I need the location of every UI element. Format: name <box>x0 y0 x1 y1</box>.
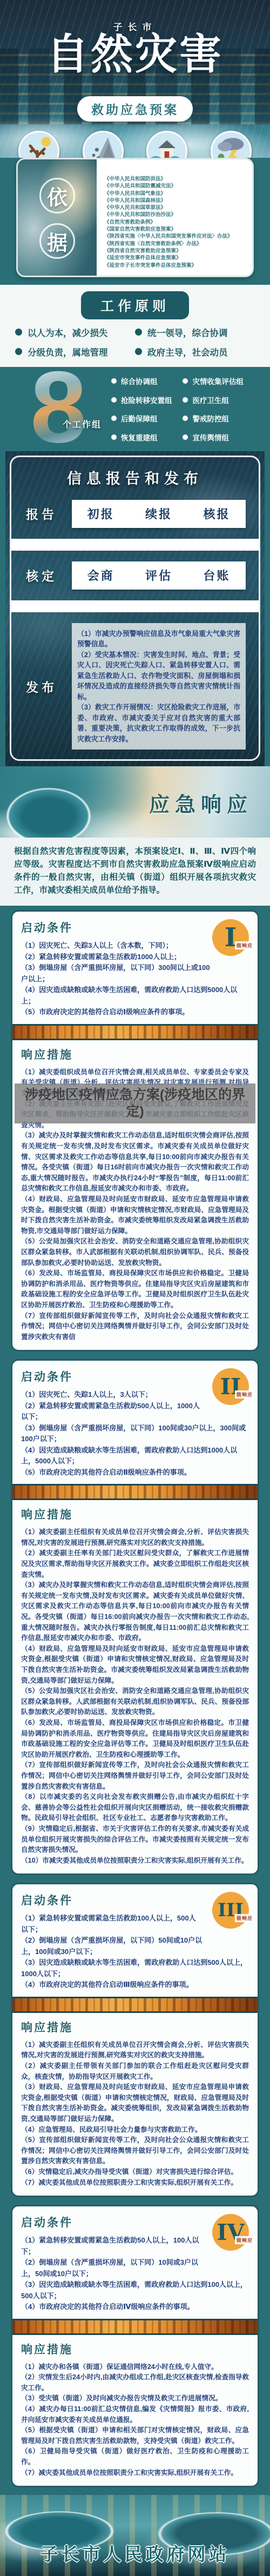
activation-condition: （3）因灾造成缺粮或缺水等生活困难，需政府救助人口达到500人以上，1000人以… <box>21 1957 249 1979</box>
seal-char-yi: 依 <box>39 178 75 213</box>
big-number-8: 8 <box>30 367 87 451</box>
response-measure: （7）宣传部组织做好新闻宣传等工作，及时向社会公众通报灾情和救灾工作情况；网信中… <box>21 1760 249 1792</box>
response-measure: （3）减灾办及时掌握灾情和救灾工作动态信息,适时组织灾情会商评估,按照有关规定统… <box>21 1580 249 1644</box>
basis-seal-illustration: 依 据 <box>18 159 97 276</box>
law-title: 《延安市突发事件总体应急预案》 <box>104 255 248 262</box>
poster-subtitle: 救助应急预案 <box>77 96 193 122</box>
working-groups-section: 8 个工作组 综合协调组灾情收集评估组抢险转移安置组医疗卫生组后勤保障组警戒防控… <box>0 367 270 451</box>
seal-char-ju: 据 <box>39 223 75 259</box>
level-badge: III 级响应 <box>212 1892 249 1929</box>
principle-item: 分级负责，属地管理 <box>15 345 135 358</box>
report-option: 核报 <box>203 505 230 522</box>
measures-list: （1）减灾委副主任组织有关成员单位召开灾情会商会,分析、评估灾害损失情况,对灾害… <box>21 2040 249 2188</box>
law-title: 《中华人民共和国防洪法》 <box>104 176 248 183</box>
poster-title: 自然灾害 <box>0 31 270 78</box>
response-measure: （7）减灾委其他成员单位按照职责分工和灾害实际,组织开展有关工作。 <box>21 2178 249 2189</box>
law-title: 《陕西省实施〈自然灾害救助条例〉办法》 <box>104 240 248 247</box>
response-measure: （8）以市减灾委的名义向社会发布救灾捐赠公告,由市减灾办组织红十字会、慈善协会等… <box>21 1792 249 1824</box>
level-badge-area: IV 级响应 <box>204 2213 249 2259</box>
release-label: 发布 <box>18 678 65 695</box>
law-title: 《自然灾害救助条例》 <box>104 219 248 226</box>
response-measure: （4）应急管理局、民政局引导社会力量参与灾害救助工作。 <box>21 2125 249 2136</box>
footer-banner: 子长市人民政府网站 <box>0 2495 270 2576</box>
activation-condition: （2）倒塌房屋（含严重损坏房屋，以下同）50间或10户以上，100间或30户以下… <box>21 1935 249 1957</box>
law-title: 《陕西省自然灾害救助应急预案》 <box>104 247 248 255</box>
release-paragraph: （3）救灾工作开展情况：灾区抢险救灾工作进展，市委、市政府、市减灾委关于应对自然… <box>77 702 240 744</box>
principle-item: 政府主导，社会动员 <box>135 345 255 358</box>
release-row: 发布 （1）市减灾办预警响应信息及市气象局重大气象灾害预警信息。（2）受灾基本情… <box>11 623 259 750</box>
activation-condition: （3）倒塌房屋（含严重损坏房屋，以下同）300间以上或100户以上； <box>21 962 249 985</box>
verify-option: 台账 <box>203 567 230 584</box>
working-group-item: 综合协调组 <box>111 376 180 386</box>
verify-option: 评估 <box>145 567 172 584</box>
release-paragraph: （2）受灾基本情况：灾害发生时间、地点、背景；受灾人口、因灾死亡失踪人口、紧急转… <box>77 650 240 702</box>
activation-condition: （3）因灾造成缺粮或缺水等生活困难，需政府救助人口达到100人以上，500人以下… <box>21 2279 249 2301</box>
working-group-item: 医疗卫生组 <box>183 394 265 405</box>
report-option: 续报 <box>145 505 172 522</box>
response-measure: （6）发改局、市场监管局、商投局保障灾区市场供应和价格稳定。卫健局协调防护和消杀… <box>21 1268 249 1310</box>
response-measure: （3）受灾镇（街道）及时向减灾办报告灾情及救灾工作进展情况。 <box>21 2393 249 2404</box>
activation-condition: （4）市政府决定的其他符合启动Ⅳ级响应条件的事项。 <box>21 2301 249 2313</box>
info-frame: 信息报告和发布 报告 初报续报核报 核定 会商评估台账 发布 （1）市减灾办预警… <box>10 456 260 761</box>
principles-list: 以人为本，减少损失统一领导，综合协调分级负责，属地管理政府主导，社会动员 <box>0 326 270 358</box>
response-level-card: III 级响应 启动条件 （1）紧急转移安置或需紧急生活救助100人以上，500… <box>11 1883 259 2197</box>
activation-condition: （4）因灾造成缺粮或缺水等生活困难，需政府救助人口达到1000人以上，5000人… <box>21 1445 249 1467</box>
flood-icon <box>146 131 187 158</box>
divider-bar <box>11 600 259 612</box>
legal-basis-section: 依 据 《中华人民共和国防洪法》《中华人民共和国防震减灾法》《中华人民共和国气象… <box>0 158 270 285</box>
response-measure: （1）减灾委副主任组织有关成员单位召开灾情会商会,分析、评估灾害损失情况,对灾害… <box>21 2040 249 2061</box>
report-label: 报告 <box>18 505 65 523</box>
report-options-box: 初报续报核报 <box>72 500 246 528</box>
level-badge-area: II 级响应 <box>204 1367 249 1414</box>
info-section-title: 信息报告和发布 <box>11 467 259 488</box>
emergency-response-title: 应急响应 <box>149 788 253 818</box>
working-group-item: 宣传舆情组 <box>183 432 265 443</box>
working-group-item: 抢险转移安置组 <box>111 394 180 405</box>
response-measure: （10）市减灾委其他成员单位按照职责分工和灾害实际,组织开展有关工作。 <box>21 1856 249 1866</box>
government-website-title: 子长市人民政府网站 <box>0 2540 270 2566</box>
city-skyline-divider <box>12 1484 258 1500</box>
response-level-card: I 级响应 启动条件 （1）因灾死亡、失踪3人以上（含本数，下同）；（2）紧急转… <box>11 910 259 1351</box>
response-measure: （2）减灾委副主任带领有关部门参加的联合工作组赶赴灾区慰问受灾群众，核查灾情，协… <box>21 2061 249 2082</box>
activation-condition: （5）市政府决定的其他符合启动Ⅰ级响应条件的事项。 <box>21 1007 249 1018</box>
response-measure: （4）财政局、应急管理局及时向延安市财政局、延安市应急管理局申请救灾资金,根据受… <box>21 1644 249 1686</box>
response-measures-title: 响应措施 <box>21 1506 249 1522</box>
response-measure: （1）减灾办和各镇（街道）保证通信网络24小时在线,专人值守。 <box>21 2362 249 2373</box>
measures-list: （1）减灾委副主任组织有关成员单位召开灾情会商会,分析、评估灾害损失情况,对灾害… <box>21 1527 249 1866</box>
response-measure: （4）财政局、应急管理局及时向延安市财政局、延安市应急管理局申请救灾资金。根据受… <box>21 1194 249 1236</box>
groups-list: 综合协调组灾情收集评估组抢险转移安置组医疗卫生组后勤保障组警戒防控组恢复重建组宣… <box>111 376 265 443</box>
law-title: 《延安市子长市突发事件总体应急预案》 <box>104 262 248 269</box>
work-principles-section: 工作原则 以人为本，减少损失统一领导，综合协调分级负责，属地管理政府主导，社会动… <box>0 285 270 367</box>
level-badge-suffix: 级响应 <box>235 1914 254 1922</box>
city-skyline-divider <box>12 1024 258 1040</box>
verify-label: 核定 <box>18 566 65 584</box>
response-measure: （6）发改局、市场监管局、商投局保障灾区市场供应和价格稳定。市卫健局协调防护和消… <box>21 1718 249 1760</box>
response-measures-title: 响应措施 <box>21 2341 249 2357</box>
law-list: 《中华人民共和国防洪法》《中华人民共和国防震减灾法》《中华人民共和国气象法》《中… <box>97 159 252 276</box>
activation-condition: （2）倒塌房屋（含严重损坏房屋，以下同）10间或3户以上，50间或10户以下； <box>21 2257 249 2279</box>
report-row: 报告 初报续报核报 <box>11 500 259 528</box>
response-measure: （2）减灾委副主任率有关部门赴灾区慰问受灾群众，了解救灾工作进展情况及灾区需求,… <box>21 1548 249 1580</box>
response-measure: （5）根据受灾镇（街道）申请和相关部门对灾情核定情况，财政局、应急管理局及时下拨… <box>21 2425 249 2446</box>
disaster-icon-row <box>18 131 252 158</box>
activation-condition: （3）倒塌房屋（含严重损坏房屋，以下同）100间或30户以上，300间或100户… <box>21 1423 249 1445</box>
report-option: 初报 <box>87 505 114 522</box>
principle-item: 统一领导，综合协调 <box>135 326 255 339</box>
measures-list: （1）减灾办和各镇（街道）保证通信网络24小时在线,专人值守。（2）灾情发生后2… <box>21 2362 249 2479</box>
activation-condition: （5）市政府决定的其他符合启动Ⅱ级响应条件的事项。 <box>21 1467 249 1478</box>
response-measure: （1）减灾委副主任组织有关成员单位召开灾情会商会,分析、评估灾害损失情况,对灾害… <box>21 1527 249 1548</box>
level-badge-suffix: 级响应 <box>235 2236 254 2244</box>
law-title: 《中华人民共和国防震减灾法》 <box>104 183 248 190</box>
hero-banner: 子长市 自然灾害 救助应急预案 <box>0 0 270 158</box>
response-measure: （9）灾情稳定后,根据省、市关于灾害评估工作的有关要求,市减灾委有关成员单位组织… <box>21 1824 249 1856</box>
law-title: 《中华人民共和国气象法》 <box>104 190 248 197</box>
principle-item: 以人为本，减少损失 <box>15 326 135 339</box>
work-principles-header: 工作原则 <box>81 291 189 319</box>
response-measures-title: 响应措施 <box>21 2019 249 2035</box>
city-skyline-divider <box>12 1997 258 2013</box>
level-badge: IV 级响应 <box>212 2214 249 2251</box>
level-badge: II 级响应 <box>212 1368 249 1405</box>
law-title: 《中华人民共和国森林法》 <box>104 197 248 204</box>
level-badge-area: I 级响应 <box>204 918 249 965</box>
response-measure: （6）卫健局指导受灾镇（街道）做好医疗救治、卫生防疫和心理援助工作。 <box>21 2446 249 2467</box>
response-intro-paragraph: 根据自然灾害危害程度等因素，本预案设定Ⅰ、Ⅱ、Ⅲ、Ⅳ四个响应等级。灾害程度达不到… <box>0 838 270 906</box>
response-measure: （5）宣传部组织做好新闻宣传等工作，及时向社会公众通报灾情和救灾工作情况；网信中… <box>21 2135 249 2167</box>
emergency-response-banner: 应急响应 <box>0 766 270 838</box>
response-measure: （3）财政局、应急管理局及时向延安市财政局、延安市应急管理局申请救灾资金,根据受… <box>21 2082 249 2124</box>
groups-label: 个工作组 <box>63 418 102 430</box>
response-level-card: II 级响应 启动条件 （1）因灾死亡、失踪1人以上，3人以下；（2）紧急转移安… <box>11 1359 259 1875</box>
verify-option: 会商 <box>87 567 114 584</box>
response-measures-title: 响应措施 <box>21 1046 249 1062</box>
law-title: 《中华人民共和国防沙治沙法》 <box>104 211 248 218</box>
activation-condition: （4）因灾造成缺粮或缺水等生活困难，需政府救助人口达到5000人以上； <box>21 985 249 1007</box>
response-measure: （7）减灾委其他成员单位按照职责分工和灾害实际,组织开展有关工作。 <box>21 2468 249 2479</box>
response-measure: （7）宣传部组织做好新闻宣传等工作，及时向社会公众通报灾情和救灾工作情况；网信中… <box>21 1311 249 1343</box>
divider-bar <box>11 539 259 551</box>
activation-condition: （4）市政府决定的其他符合启动Ⅲ级响应条件的事项。 <box>21 1979 249 1991</box>
release-content: （1）市减灾办预警响应信息及市气象局重大气象灾害预警信息。（2）受灾基本情况：灾… <box>72 623 246 750</box>
release-paragraph: （1）市减灾办预警响应信息及市气象局重大气象灾害预警信息。 <box>77 628 240 650</box>
response-measure: （5）公安局加强灾区社会治安、消防安全和道路交通应急管理,协助组织灾区群众紧急转… <box>21 1236 249 1268</box>
landslide-icon <box>83 131 124 158</box>
response-measure: （4）减灾办每日11:00前汇总灾情信息,编发《灾情简报》报市委、市政府,并向延… <box>21 2404 249 2425</box>
response-measure: （3）减灾办及时掌握灾情和救灾工作动态信息,适时组织灾情会商评估,按照有关规定统… <box>21 1130 249 1194</box>
law-title: 《陕西省实施〈中华人民共和国突发事件应对法〉办法》 <box>104 233 248 240</box>
response-measure: （6）灾情稳定后,减灾办指导受灾镇（街道）对灾害损失进行综合评估。 <box>21 2167 249 2178</box>
verify-options-box: 会商评估台账 <box>72 561 246 590</box>
gray-watermark-overlay: 涉疫地区疫情应急方案(涉疫地区的界定) <box>15 1083 255 1123</box>
level-badge: I 级响应 <box>212 919 249 956</box>
response-measure: （2）灾情发生后24小时内,由减灾办组成工作组,赴灾区核查灾情,检查指导救灾工作… <box>21 2372 249 2393</box>
legal-basis-card: 依 据 《中华人民共和国防洪法》《中华人民共和国防震减灾法》《中华人民共和国气象… <box>16 158 254 277</box>
response-measure: （5）公安局加强灾区社会治安、消防安全和道路交通应急管理,协助组织灾区群众紧急转… <box>21 1686 249 1718</box>
drought-icon <box>18 131 59 158</box>
level-badge-suffix: 级响应 <box>235 1390 254 1399</box>
verify-row: 核定 会商评估台账 <box>11 561 259 590</box>
level-badge-suffix: 级响应 <box>235 941 254 949</box>
working-group-item: 后勤保障组 <box>111 413 180 424</box>
city-skyline-divider <box>12 2319 258 2335</box>
response-levels-container: I 级响应 启动条件 （1）因灾死亡、失踪3人以上（含本数，下同）；（2）紧急转… <box>0 906 270 2487</box>
working-group-item: 警戒防控组 <box>183 413 265 424</box>
working-group-item: 恢复重建组 <box>111 432 180 443</box>
storm-icon <box>211 131 252 158</box>
law-title: 《中华人民共和国草原法》 <box>104 204 248 211</box>
law-title: 《国家自然灾害救助应急预案》 <box>104 226 248 233</box>
response-level-card: IV 级响应 启动条件 （1）紧急转移安置或需紧急生活救助50人以上，100人以… <box>11 2205 259 2487</box>
level-badge-area: III 级响应 <box>204 1891 249 1937</box>
working-group-item: 灾情收集评估组 <box>183 376 265 386</box>
info-report-section: 信息报告和发布 报告 初报续报核报 核定 会商评估台账 发布 （1）市减灾办预警… <box>5 451 265 767</box>
